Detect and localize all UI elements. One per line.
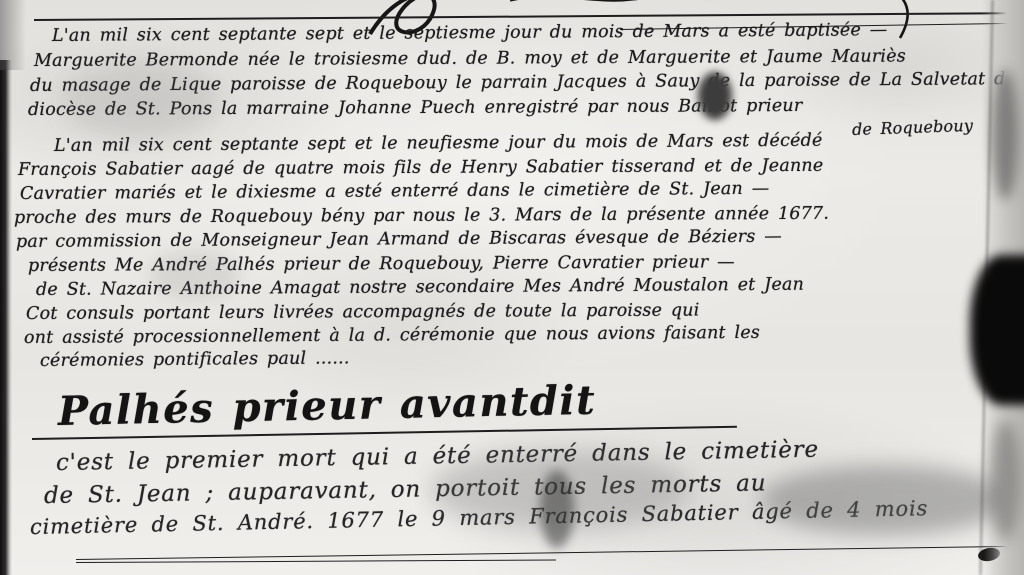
manuscript-line: du masage de Lique paroisse de Roquebouy…	[30, 69, 1017, 96]
manuscript-line: L'an mil six cent septante sept et le se…	[52, 20, 888, 46]
manuscript-scan: L'an mil six cent septante sept et le se…	[0, 0, 1024, 575]
footer-note-line: c'est le premier mort qui a été enterré …	[56, 437, 819, 476]
manuscript-line: diocèse de St. Pons la marraine Johanne …	[28, 96, 803, 120]
bottom-rule-secondary	[76, 559, 556, 563]
ink-blot	[977, 546, 1001, 563]
manuscript-line: Cavratier mariés et le dixiesme a esté e…	[20, 179, 770, 204]
manuscript-line: Marguerite Bermonde née le troisiesme du…	[34, 46, 906, 71]
manuscript-line: présents Me André Palhés prieur de Roque…	[28, 252, 735, 276]
right-edge-dark-blob	[970, 255, 1024, 405]
margin-note: de Roquebouy	[852, 116, 974, 139]
left-edge-top-shade	[0, 0, 26, 70]
bottom-rule	[76, 546, 1012, 560]
top-rule	[34, 12, 1006, 20]
right-edge-dark-streak	[990, 420, 1020, 540]
manuscript-line: François Sabatier aagé de quatre mois fi…	[18, 156, 824, 180]
manuscript-line: par commission de Monseigneur Jean Arman…	[16, 227, 782, 252]
left-page-edge	[0, 60, 12, 575]
manuscript-line: ont assisté processionnellement à la d. …	[24, 323, 760, 348]
manuscript-line: de St. Nazaire Anthoine Amagat nostre se…	[36, 275, 804, 300]
signature: Palhés prieur avantdit	[58, 377, 597, 435]
right-edge-dark-streak	[992, 70, 1018, 200]
manuscript-line: Cot consuls portant leurs livrées accomp…	[26, 300, 700, 324]
manuscript-line: proche des murs de Roquebouy bény par no…	[14, 204, 829, 228]
manuscript-line: cérémonies pontificales paul ......	[40, 348, 350, 371]
manuscript-line: L'an mil six cent septante sept et le ne…	[54, 131, 823, 156]
